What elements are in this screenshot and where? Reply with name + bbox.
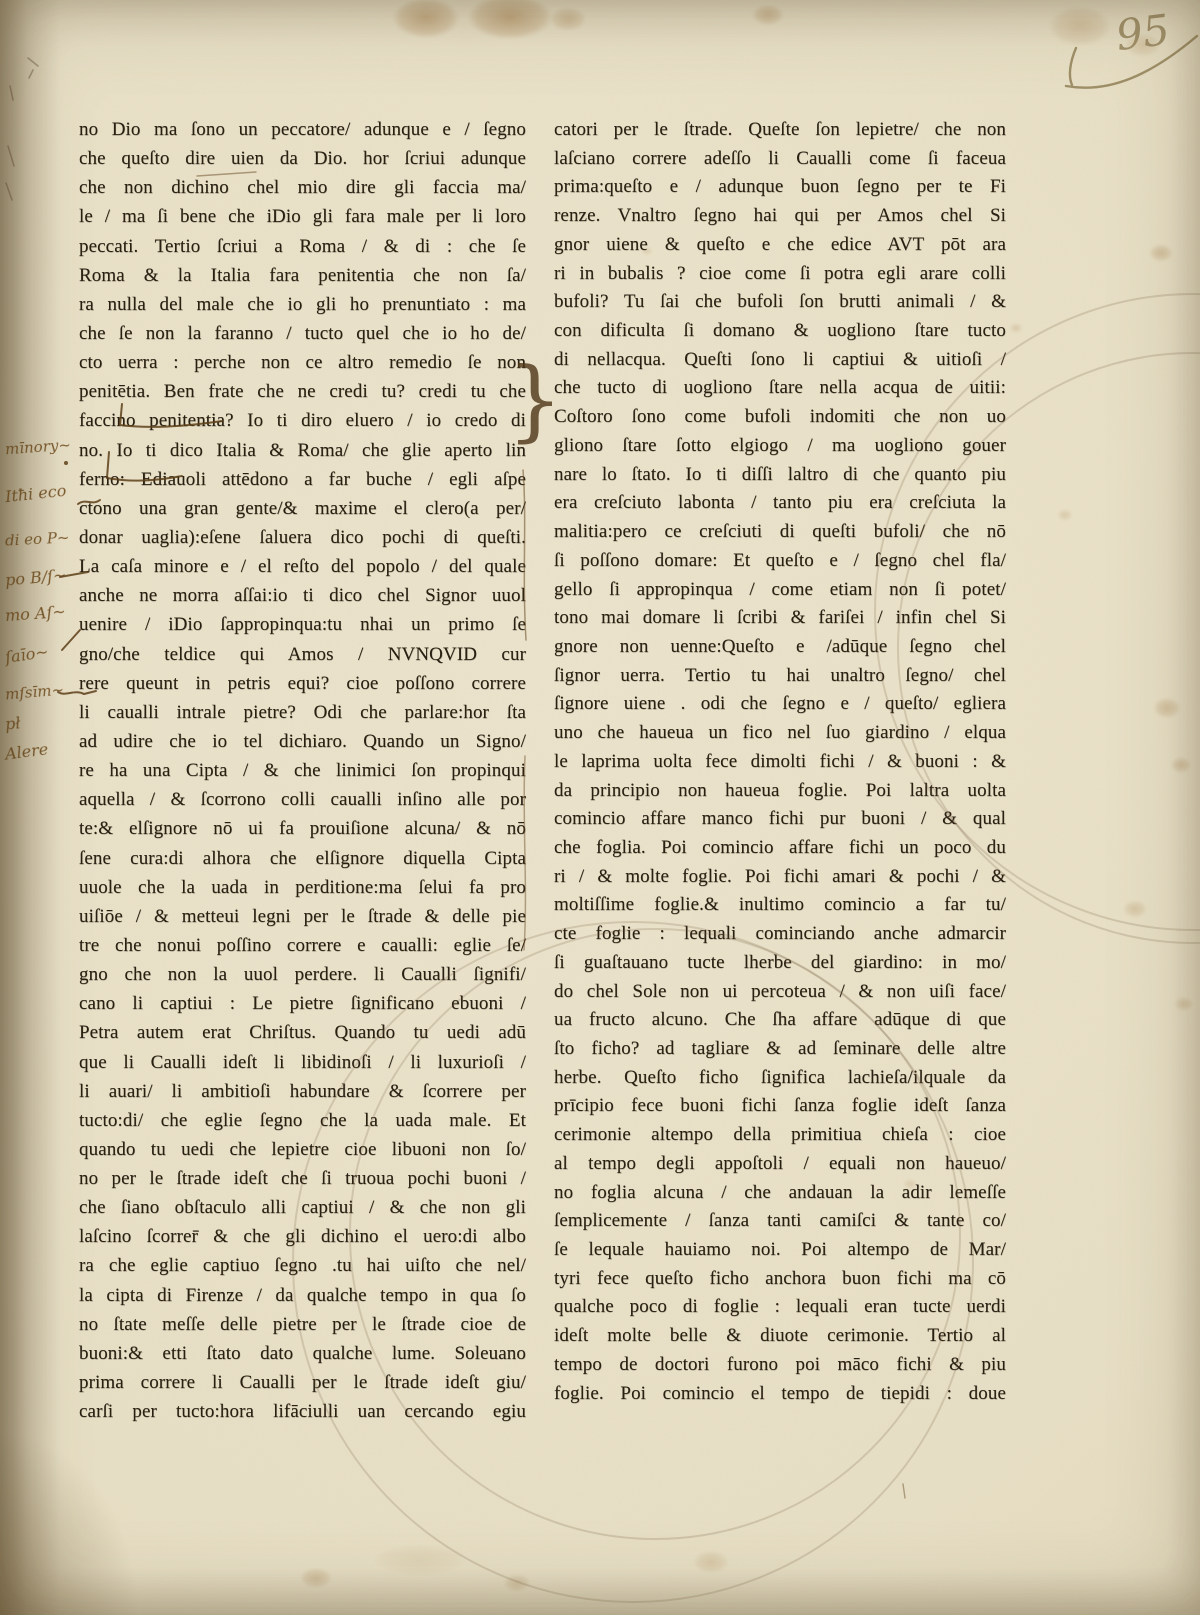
margin-note: po B/ſ~ (4, 565, 67, 589)
text-line: che ſe non la faranno / tucto quel che i… (79, 323, 526, 352)
text-line: malitia:pero ce creſciuti di queſti bufo… (554, 521, 1006, 550)
foxing-stain (1120, 898, 1150, 920)
text-line: laſciano correre adeſſo li Caualli come … (554, 148, 1006, 177)
edge-marks (6, 58, 38, 200)
margin-note: Alere (4, 739, 49, 763)
text-line: tucto:di/ che eglie ſegno che la uada ma… (79, 1110, 526, 1139)
text-line: faccino penitentia? Io ti diro eluero / … (79, 410, 526, 439)
margin-note: ſaīo~ (4, 642, 50, 667)
text-line: uuole che la uada in perditione:ma ſelui… (79, 877, 526, 906)
text-line: che foglia. Poi comincio affare fichi un… (554, 837, 1006, 866)
text-line: cerimonie altempo della primitiua chieſa… (554, 1124, 1006, 1153)
text-line: bufoli? Tu ſai che bufoli ſon brutti ani… (554, 291, 1006, 320)
foxing-stain (1150, 695, 1184, 721)
text-line: cto uerra : perche non ce altro remedio … (79, 352, 526, 381)
text-line: que li Caualli ideſt li libidinoſi / li … (79, 1052, 526, 1081)
text-line: che ſiano obſtaculo alli captiui / & che… (79, 1197, 526, 1226)
text-line: tono mai domare li ſcribi & fariſei / in… (554, 607, 1006, 636)
text-line: con dificulta ſi domano & uogliono ſtare… (554, 320, 1006, 349)
foxing-stain (1040, 0, 1120, 52)
text-line: aquella / & ſcorrono colli caualli inſin… (79, 789, 526, 818)
foxing-stain (360, 1540, 480, 1580)
text-line: gello ſi appropinqua / come etiam non ſi… (554, 579, 1006, 608)
text-line: catori per le ſtrade. Queſte ſon lepietr… (554, 119, 1006, 148)
text-line: che non dichino chel mio dire gli faccia… (79, 177, 526, 206)
margin-note: pł (4, 713, 21, 734)
text-line: do chel Sole non ui percoteua / & non ui… (554, 981, 1006, 1010)
text-line: buoni:& etti ſtato dato qualche lume. So… (79, 1343, 526, 1372)
text-line: nare lo ſtato. Io ti diſſi laltro di che… (554, 464, 1006, 493)
text-line: peccati. Tertio ſcriui a Roma / & di : c… (79, 236, 526, 265)
margin-note: mſsīm~ (4, 680, 64, 703)
text-line: ſe lequale hauiamo noi. Poi altempo de M… (554, 1239, 1006, 1268)
text-line: no ſtate meſſe delle pietre per le ſtrad… (79, 1314, 526, 1343)
text-line: che tucto di uogliono ſtare nella acqua … (554, 377, 1006, 406)
text-line: laſcino ſcorrer̄ & che gli dichino el ue… (79, 1226, 526, 1255)
text-line: che queſto dire uien da Dio. hor ſcriui … (79, 148, 526, 177)
text-line: ſignor uerra. Tertio tu hai unaltro ſegn… (554, 665, 1006, 694)
foxing-stain (1168, 755, 1194, 775)
text-line: re ha una Cipta / & che linimici ſon pro… (79, 760, 526, 789)
foxing-stain (1056, 508, 1074, 522)
text-line: ra che eglie captiuo ſegno .tu hai uiſto… (79, 1255, 526, 1284)
text-line: donar uaglia):eſene ſaluera dico pochi d… (79, 527, 526, 556)
foxing-stain (296, 1565, 336, 1591)
text-line: gno/che teldice qui Amos / NVNQVID cur (79, 644, 526, 673)
text-line: penitētia. Ben frate che ne credi tu? cr… (79, 381, 526, 410)
text-line: rere queunt in petris equi? cioe poſſono… (79, 673, 526, 702)
text-line: ſemplicemente / ſanza tanti camiſci & ta… (554, 1210, 1006, 1239)
text-line: ra nulla del male che io gli ho prenunti… (79, 294, 526, 323)
text-line: herbe. Queſto ficho ſignifica lachieſa/i… (554, 1067, 1006, 1096)
text-line: comincio affare manco fichi pur buoni / … (554, 808, 1006, 837)
text-line: ri in bubalis ? cioe come ſi potra egli … (554, 263, 1006, 292)
text-line: tyri fece queſto ficho anchora buon fich… (554, 1268, 1006, 1297)
text-line: prima:queſto e / adunque buon ſegno per … (554, 176, 1006, 205)
text-line: era creſciuto labonta / tanto piu era cr… (554, 492, 1006, 521)
text-line: Roma & la Italia fara penitentia che non… (79, 265, 526, 294)
text-line: qualche poco di foglie : lequali eran tu… (554, 1296, 1006, 1325)
text-line: ſi guaſtauano tucte lherbe del giardino:… (554, 952, 1006, 981)
foxing-stain (748, 2, 788, 28)
folio-number: 95 (1113, 5, 1172, 60)
text-line: da principio non haueua foglie. Poi lalt… (554, 780, 1006, 809)
text-line: cano li captiui : Le pietre ſignificano … (79, 993, 526, 1022)
foxing-stain (1172, 995, 1196, 1013)
text-line: quando tu uedi che lepietre cioe libuoni… (79, 1139, 526, 1168)
text-line: uiſiōe / & metteui legni per le ſtrade &… (79, 906, 526, 935)
foxing-stain (455, 0, 565, 46)
text-line: Petra autem erat Chriſtus. Quando tu ued… (79, 1022, 526, 1051)
text-line: moltiſſime foglie.& inultimo comincio a … (554, 894, 1006, 923)
text-line: ri / & molte foglie. Poi fichi amari & p… (554, 866, 1006, 895)
text-line: le laprima uolta fece dimolti fichi / & … (554, 751, 1006, 780)
text-column-right: catori per le ſtrade. Queſte ſon lepietr… (554, 119, 1006, 1411)
text-line: anche ne morra aſſai:io ti dico chel Sig… (79, 585, 526, 614)
foxing-stain (688, 1548, 734, 1576)
text-line: tre che nonui poſſino correre e caualli:… (79, 935, 526, 964)
text-line: te:& elſignore nō ui fa prouiſione alcun… (79, 818, 526, 847)
text-line: ſene cura:di alhora che elſignore diquel… (79, 848, 526, 877)
text-line: ferno: Ediauoli attēdono a far buche / e… (79, 469, 526, 498)
foxing-stain (1146, 242, 1176, 264)
text-line: di nellacqua. Queſti ſono li captiui & u… (554, 349, 1006, 378)
marginalia: mīnory~Itħi ecodi eo P~po B/ſ~mo Aſ~ſaīo… (0, 0, 82, 1615)
text-line: gno che non la uuol perdere. li Caualli … (79, 964, 526, 993)
text-line: Coſtoro ſono come bufoli indomiti che no… (554, 406, 1006, 435)
text-line: no Dio ma ſono un peccatore/ adunque e /… (79, 119, 526, 148)
text-line: cte foglie : lequali cominciando anche a… (554, 923, 1006, 952)
text-line: uno che haueua un fico nel ſuo giardino … (554, 722, 1006, 751)
margin-note: di eo P~ (5, 528, 70, 549)
text-line: no per le ſtrade ideſt che ſi truoua poc… (79, 1168, 526, 1197)
foxing-stain (500, 1572, 534, 1594)
foxing-stain (1008, 322, 1024, 334)
text-line: ſi poſſono domare: Et queſto e / ſegno c… (554, 550, 1006, 579)
text-line: prima correre li Caualli per le ſtrade i… (79, 1372, 526, 1401)
text-line: gliono ſtare ſotto elgiogo / ma uogliono… (554, 435, 1006, 464)
margin-note: Itħi eco (4, 481, 67, 506)
text-line: La caſa minore e / el reſto del popolo /… (79, 556, 526, 585)
text-line: le / ma ſi bene che iDio gli fara male p… (79, 206, 526, 235)
text-column-left: no Dio ma ſono un peccatore/ adunque e /… (79, 119, 526, 1430)
text-line: no. Io ti dico Italia & Roma/ che glie a… (79, 440, 526, 469)
text-line: renze. Vnaltro ſegno hai qui per Amos ch… (554, 205, 1006, 234)
text-line: ctono una gran gente/& maxime el clero(a… (79, 498, 526, 527)
text-line: al tempo degli appoſtoli / equali non ha… (554, 1153, 1006, 1182)
text-line: gnore non uenne:Queſto e /adūque ſegno c… (554, 636, 1006, 665)
text-line: tempo de doctori furono poi māco fichi &… (554, 1354, 1006, 1383)
text-line: gnor uiene & queſto e che edice AVT pōt … (554, 234, 1006, 263)
manuscript-page: no Dio ma ſono un peccatore/ adunque e /… (0, 0, 1200, 1615)
text-line: ſignore uiene . odi che ſegno e / queſto… (554, 693, 1006, 722)
text-line: li auari/ li ambitioſi habundare & ſcorr… (79, 1081, 526, 1110)
text-line: li caualli intrale pietre? Odi che parla… (79, 702, 526, 731)
text-line: prīcipio fece buoni fichi ſanza foglie i… (554, 1095, 1006, 1124)
text-line: ad udire che io tel dichiaro. Quando un … (79, 731, 526, 760)
text-line: no foglia alcuna / che andauan la adir l… (554, 1182, 1006, 1211)
text-line: ua fructo alcuno. Che ſha affare adūque … (554, 1009, 1006, 1038)
text-line: ideſt molte belle & diuote cerimonie. Te… (554, 1325, 1006, 1354)
foxing-stain (383, 0, 469, 44)
text-line: ſto ficho? ad tagliare & ad ſeminare del… (554, 1038, 1006, 1067)
text-line: carſi per tucto:hora lifāciulli uan cerc… (79, 1401, 526, 1430)
foxing-stain (545, 4, 591, 34)
corner-shading (0, 1430, 140, 1615)
margin-note: mīnory~ (4, 436, 71, 459)
text-line: la cipta di Firenze / da qualche tempo i… (79, 1285, 526, 1314)
margin-note: mo Aſ~ (4, 602, 66, 625)
text-line: uenire / iDio ſappropinqua:tu nhai un pr… (79, 614, 526, 643)
text-line: foglie. Poi comincio el tempo de tiepidi… (554, 1383, 1006, 1412)
